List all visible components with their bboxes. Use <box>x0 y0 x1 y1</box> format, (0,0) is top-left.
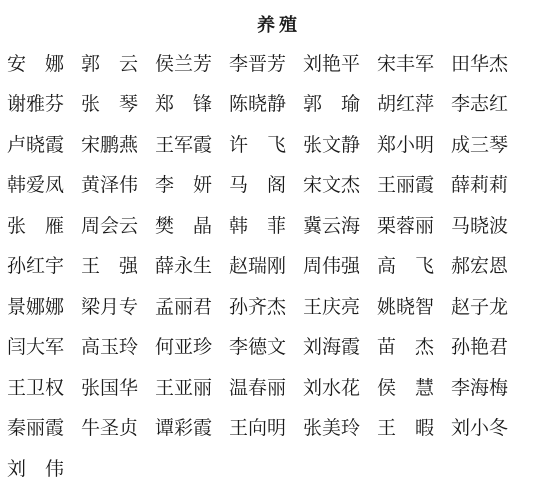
name-row: 孙红宇 王 强 薛永生 赵瑞刚 周伟强 高 飞 郝宏恩 <box>7 247 547 288</box>
name-cell: 秦丽霞 <box>7 419 64 438</box>
name-cell: 刘 伟 <box>7 460 64 479</box>
name-cell: 张文静 <box>303 136 360 155</box>
name-cell: 景娜娜 <box>7 298 64 317</box>
name-cell: 孙艳君 <box>451 338 508 357</box>
name-cell: 马 阁 <box>229 176 286 195</box>
name-cell: 闫大军 <box>7 338 64 357</box>
name-cell: 黄泽伟 <box>81 176 138 195</box>
name-cell: 宋文杰 <box>303 176 360 195</box>
name-cell: 马晓波 <box>451 217 508 236</box>
name-row: 王卫权 张国华 王亚丽 温春丽 刘水花 侯 慧 李海梅 <box>7 368 547 409</box>
name-cell: 樊 晶 <box>155 217 212 236</box>
name-cell: 张 雁 <box>7 217 64 236</box>
name-cell: 王 暇 <box>377 419 434 438</box>
name-cell: 李海梅 <box>451 379 508 398</box>
name-row: 卢晓霞 宋鹏燕 王军霞 许 飞 张文静 郑小明 成三琴 <box>7 125 547 166</box>
name-cell: 谭彩霞 <box>155 419 212 438</box>
name-cell: 刘海霞 <box>303 338 360 357</box>
name-cell: 孙齐杰 <box>229 298 286 317</box>
name-cell: 王丽霞 <box>377 176 434 195</box>
name-cell: 王向明 <box>229 419 286 438</box>
name-cell: 梁月专 <box>81 298 138 317</box>
name-cell: 郑 锋 <box>155 95 212 114</box>
name-cell: 韩 菲 <box>229 217 286 236</box>
name-cell: 何亚珍 <box>155 338 212 357</box>
name-row: 闫大军 高玉玲 何亚珍 李德文 刘海霞 苗 杰 孙艳君 <box>7 328 547 369</box>
name-cell: 宋丰军 <box>377 55 434 74</box>
name-cell: 刘小冬 <box>451 419 508 438</box>
name-cell: 成三琴 <box>451 136 508 155</box>
name-cell: 王亚丽 <box>155 379 212 398</box>
name-cell: 郝宏恩 <box>451 257 508 276</box>
name-cell: 薛永生 <box>155 257 212 276</box>
name-cell: 高玉玲 <box>81 338 138 357</box>
name-list: 安 娜 郭 云 侯兰芳 李晋芳 刘艳平 宋丰军 田华杰 谢雅芬 张 琴 郑 锋 … <box>7 44 547 489</box>
name-row: 谢雅芬 张 琴 郑 锋 陈晓静 郭 瑜 胡红萍 李志红 <box>7 85 547 126</box>
name-cell: 安 娜 <box>7 55 64 74</box>
name-row: 张 雁 周会云 樊 晶 韩 菲 冀云海 栗蓉丽 马晓波 <box>7 206 547 247</box>
name-cell: 胡红萍 <box>377 95 434 114</box>
name-cell: 许 飞 <box>229 136 286 155</box>
name-cell: 卢晓霞 <box>7 136 64 155</box>
name-row: 秦丽霞 牛圣贞 谭彩霞 王向明 张美玲 王 暇 刘小冬 <box>7 409 547 450</box>
name-cell: 苗 杰 <box>377 338 434 357</box>
name-row: 景娜娜 梁月专 孟丽君 孙齐杰 王庆亮 姚晓智 赵子龙 <box>7 287 547 328</box>
name-cell: 王卫权 <box>7 379 64 398</box>
name-cell: 韩爱凤 <box>7 176 64 195</box>
name-row: 韩爱凤 黄泽伟 李 妍 马 阁 宋文杰 王丽霞 薛莉莉 <box>7 166 547 207</box>
name-cell: 牛圣贞 <box>81 419 138 438</box>
name-cell: 周伟强 <box>303 257 360 276</box>
name-cell: 张国华 <box>81 379 138 398</box>
name-cell: 侯兰芳 <box>155 55 212 74</box>
name-cell: 郭 瑜 <box>303 95 360 114</box>
name-cell: 郑小明 <box>377 136 434 155</box>
name-cell: 栗蓉丽 <box>377 217 434 236</box>
name-cell: 田华杰 <box>451 55 508 74</box>
name-cell: 王 强 <box>81 257 138 276</box>
name-cell: 冀云海 <box>303 217 360 236</box>
name-cell: 赵瑞刚 <box>229 257 286 276</box>
name-cell: 陈晓静 <box>229 95 286 114</box>
name-cell: 赵子龙 <box>451 298 508 317</box>
name-cell: 张 琴 <box>81 95 138 114</box>
name-cell: 李晋芳 <box>229 55 286 74</box>
name-cell: 王军霞 <box>155 136 212 155</box>
name-cell: 刘艳平 <box>303 55 360 74</box>
name-row: 安 娜 郭 云 侯兰芳 李晋芳 刘艳平 宋丰军 田华杰 <box>7 44 547 85</box>
name-cell: 李志红 <box>451 95 508 114</box>
name-cell: 姚晓智 <box>377 298 434 317</box>
name-cell: 李德文 <box>229 338 286 357</box>
name-cell: 高 飞 <box>377 257 434 276</box>
name-cell: 侯 慧 <box>377 379 434 398</box>
name-cell: 李 妍 <box>155 176 212 195</box>
name-cell: 刘水花 <box>303 379 360 398</box>
name-cell: 宋鹏燕 <box>81 136 138 155</box>
name-cell: 孙红宇 <box>7 257 64 276</box>
name-cell: 张美玲 <box>303 419 360 438</box>
name-cell: 郭 云 <box>81 55 138 74</box>
name-cell: 周会云 <box>81 217 138 236</box>
page-title: 养殖 <box>0 0 554 37</box>
name-row: 刘 伟 <box>7 449 547 489</box>
name-cell: 谢雅芬 <box>7 95 64 114</box>
name-cell: 温春丽 <box>229 379 286 398</box>
name-cell: 薛莉莉 <box>451 176 508 195</box>
name-cell: 王庆亮 <box>303 298 360 317</box>
name-cell: 孟丽君 <box>155 298 212 317</box>
